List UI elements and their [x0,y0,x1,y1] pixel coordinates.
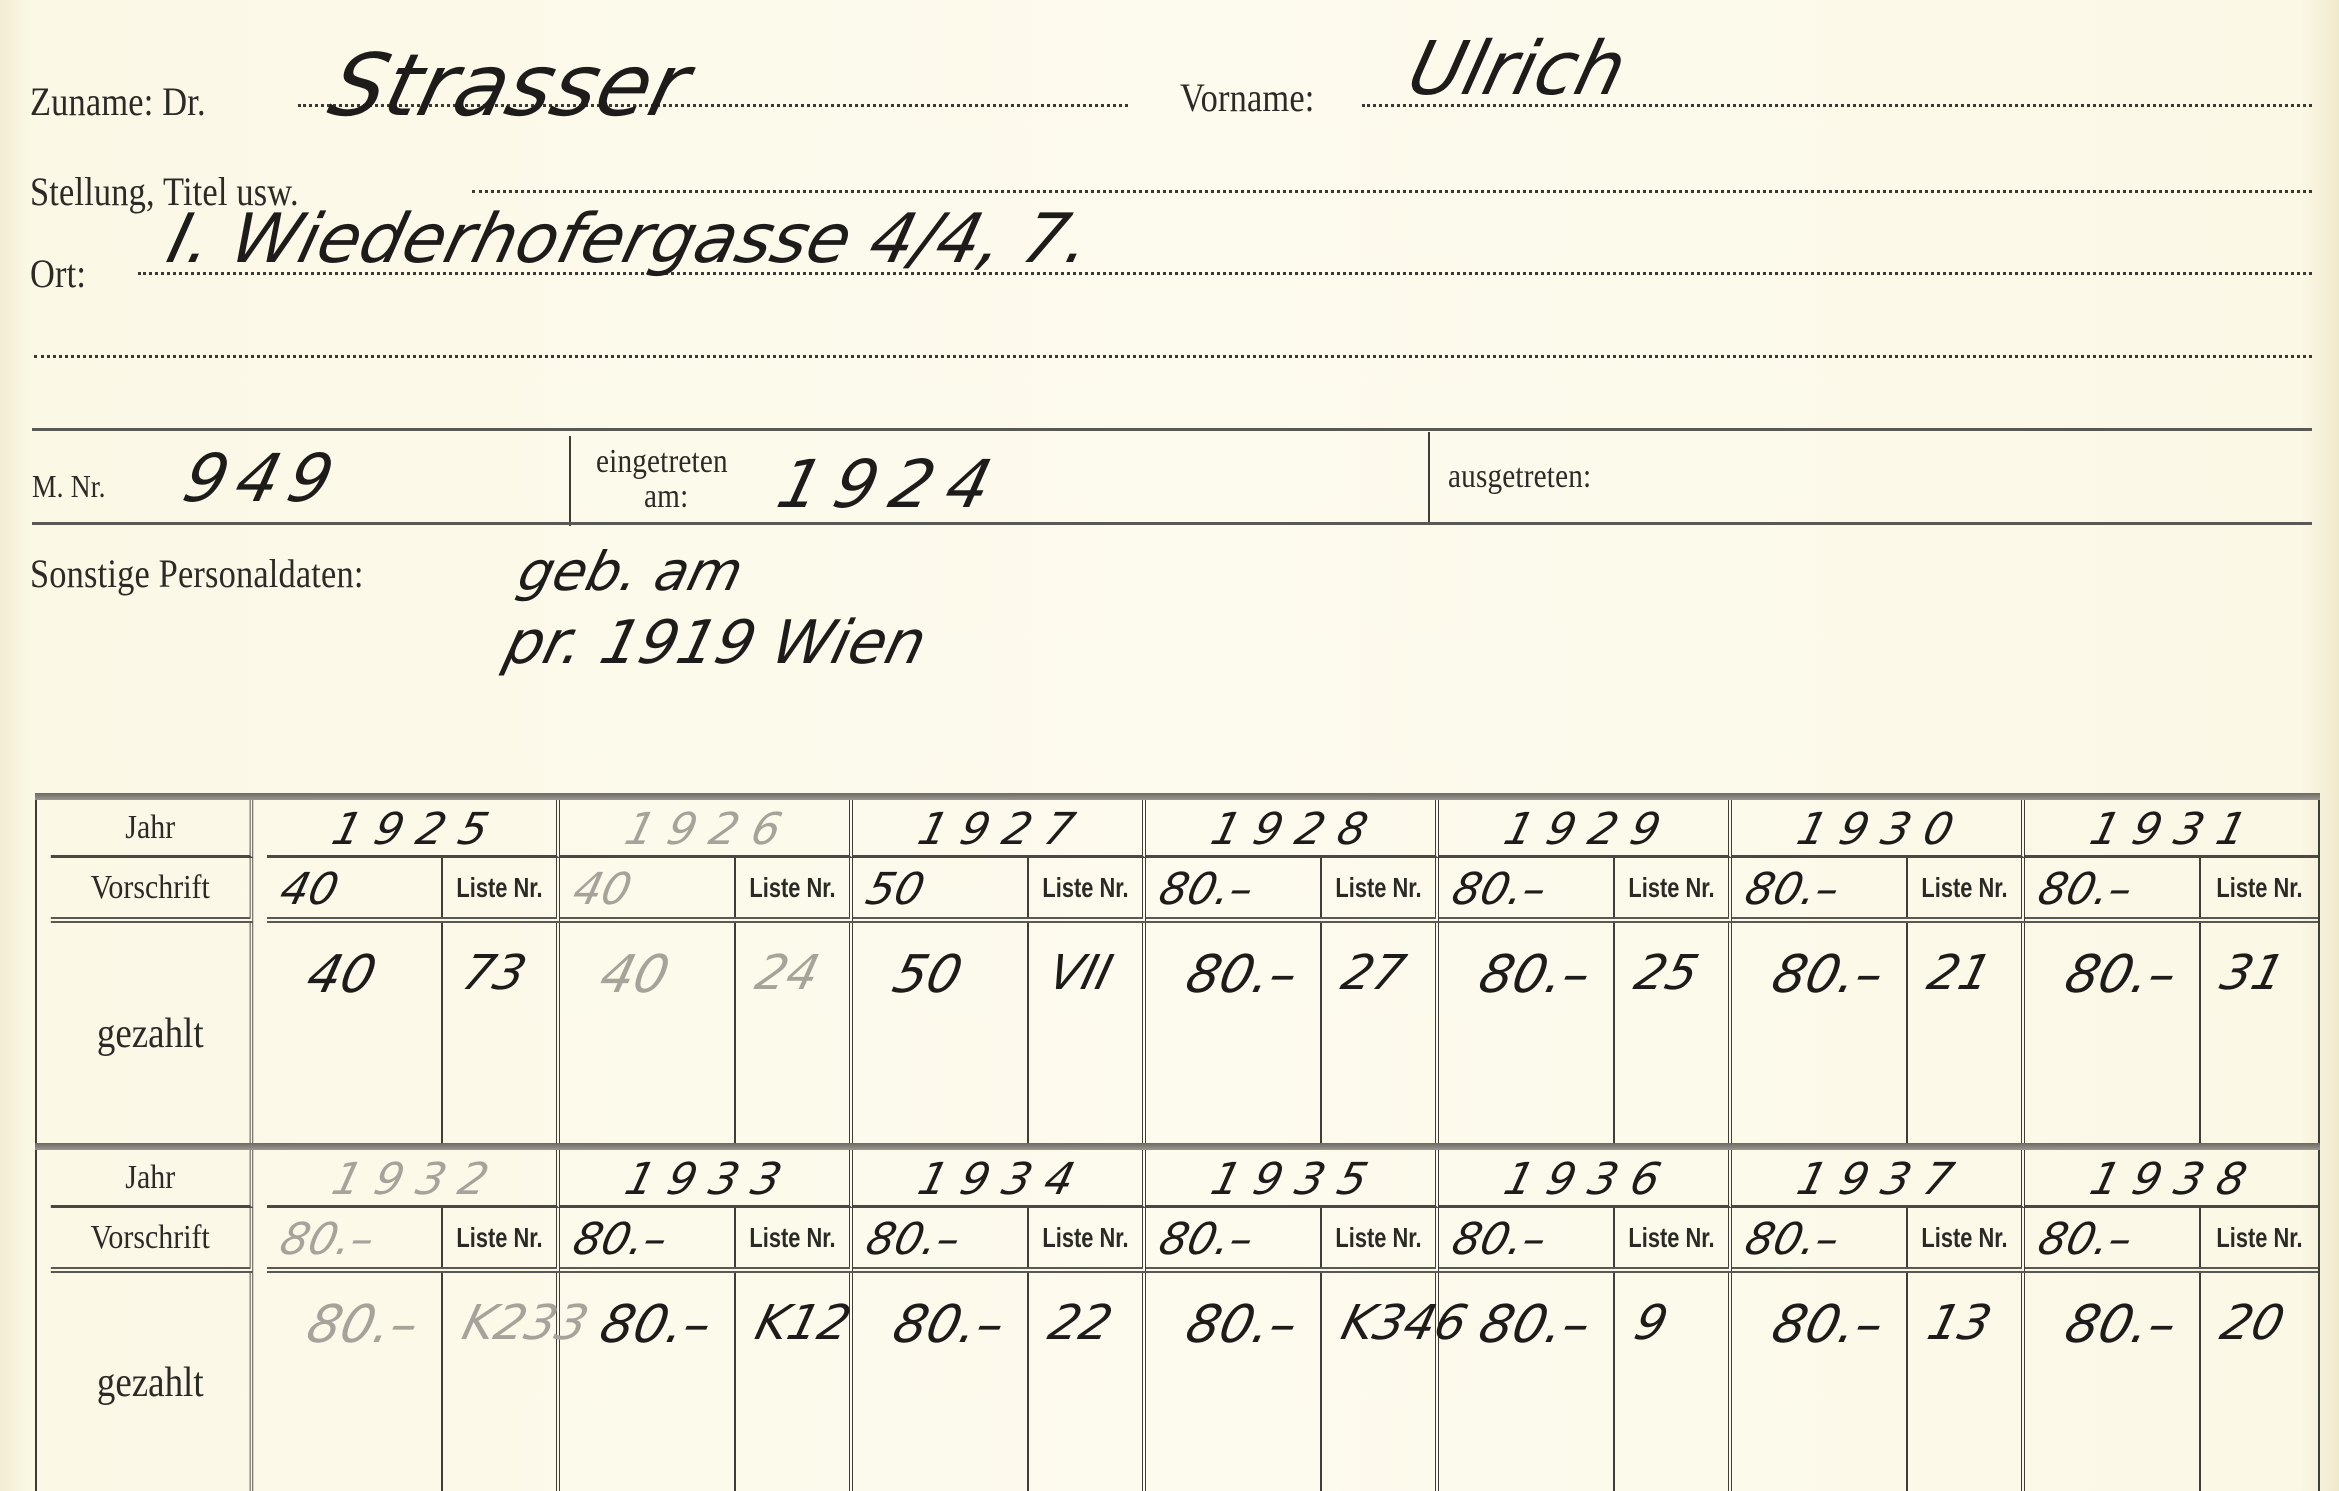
vorschrift-value: 80.– [861,1214,966,1265]
gezahlt-cell: 80.–K346 [1146,1273,1439,1491]
year-cell: 1928 [1146,800,1439,858]
gezahlt-value: 80.– [1473,945,1597,1005]
zuname-label: Zuname: Dr. [30,78,206,125]
vorschrift-cell: 40Liste Nr. [560,858,853,923]
year-value: 1930 [1792,804,1973,855]
liste-nr-value: 73 [457,945,532,1001]
sonstige-label: Sonstige Personaldaten: [30,550,364,597]
vorschrift-value: 80.– [1154,864,1259,915]
gezahlt-cell: 80.–31 [2025,923,2318,1145]
gezahlt-cell: 80.–K233 [267,1273,560,1491]
liste-nr-label: Liste Nr. [1041,858,1129,917]
vorschrift-cell: 80.–Liste Nr. [1146,858,1439,923]
eingetreten-value: 1924 [770,446,1013,523]
gezahlt-value: 80.– [887,1295,1011,1355]
divider [569,436,571,526]
liste-nr-label: Liste Nr. [1627,1208,1715,1267]
year-value: 1938 [2085,1154,2266,1205]
gezahlt-cell: 80.–21 [1732,923,2025,1145]
year-value: 1929 [1499,804,1680,855]
gezahlt-cell: 80.–K12 [560,1273,853,1491]
year-cell: 1933 [560,1150,853,1208]
year-cell: 1938 [2025,1150,2318,1208]
sonstige-line-2: pr. 1919 Wien [498,608,934,678]
year-value: 1927 [913,804,1094,855]
year-value: 1936 [1499,1154,1680,1205]
vorname-value: Ulrich [1400,26,1635,112]
year-value: 1931 [2085,804,2266,855]
gezahlt-value: 80.– [1180,1295,1304,1355]
liste-nr-value: 22 [1043,1295,1118,1351]
address-line-2 [34,355,2312,358]
gezahlt-value: 80.– [2059,1295,2183,1355]
vorname-label: Vorname: [1180,74,1314,121]
year-cell: 1926 [560,800,853,858]
liste-nr-label: Liste Nr. [455,858,543,917]
gezahlt-value: 40 [594,945,675,1005]
liste-nr-value: 25 [1629,945,1704,1001]
vorschrift-cell: 80.–Liste Nr. [2025,1208,2318,1273]
year-cell: 1929 [1439,800,1732,858]
year-cell: 1932 [267,1150,560,1208]
stellung-line [472,190,2312,193]
vorschrift-cell: 80.–Liste Nr. [1732,1208,2025,1273]
gezahlt-cell: 80.–9 [1439,1273,1732,1491]
vorschrift-value: 80.– [1447,864,1552,915]
year-value: 1932 [327,1154,508,1205]
liste-nr-label: Liste Nr. [1041,1208,1129,1267]
gezahlt-value: 40 [301,945,382,1005]
liste-nr-value: 13 [1922,1295,1997,1351]
year-cell: 1931 [2025,800,2318,858]
year-value: 1925 [327,804,508,855]
liste-nr-label: Liste Nr. [2214,1208,2305,1267]
vorschrift-cell: 80.–Liste Nr. [1439,858,1732,923]
gezahlt-label: gezahlt [51,923,253,1145]
vorschrift-value: 40 [275,864,344,915]
liste-nr-value: VII [1043,945,1118,1001]
vorschrift-cell: 80.–Liste Nr. [560,1208,853,1273]
liste-nr-label: Liste Nr. [1920,858,2008,917]
gezahlt-cell: 80.–20 [2025,1273,2318,1491]
year-value: 1926 [620,804,801,855]
year-cell: 1935 [1146,1150,1439,1208]
vorschrift-cell: 80.–Liste Nr. [853,1208,1146,1273]
gezahlt-cell: 80.–13 [1732,1273,2025,1491]
gezahlt-value: 80.– [1766,945,1890,1005]
gezahlt-cell: 80.–27 [1146,923,1439,1145]
year-value: 1928 [1206,804,1387,855]
gezahlt-value: 80.– [1766,1295,1890,1355]
vorschrift-value: 80.– [2033,864,2138,915]
vorschrift-label: Vorschrift [51,858,253,923]
vorschrift-value: 80.– [1447,1214,1552,1265]
liste-nr-value: 21 [1922,945,1997,1001]
vorschrift-cell: 80.–Liste Nr. [1146,1208,1439,1273]
liste-nr-label: Liste Nr. [1334,858,1422,917]
vorschrift-value: 80.– [2033,1214,2138,1265]
year-value: 1937 [1792,1154,1973,1205]
year-value: 1933 [620,1154,801,1205]
mnr-value: 949 [176,440,351,517]
vorschrift-value: 80.– [568,1214,673,1265]
divider [32,428,2312,431]
sonstige-line-1: geb. am [512,540,750,603]
year-cell: 1937 [1732,1150,2025,1208]
divider [1428,432,1430,524]
ausgetreten-label: ausgetreten: [1448,458,1591,496]
gezahlt-value: 80.– [2059,945,2183,1005]
gezahlt-cell: 50VII [853,923,1146,1145]
year-cell: 1934 [853,1150,1146,1208]
gezahlt-value: 50 [887,945,968,1005]
vorschrift-value: 40 [568,864,637,915]
payments-table-1932-1938: Jahr1932193319341935193619371938Vorschri… [35,1143,2320,1491]
year-cell: 1930 [1732,800,2025,858]
gezahlt-cell: 80.–25 [1439,923,1732,1145]
liste-nr-label: Liste Nr. [1334,1208,1422,1267]
liste-nr-value: 31 [2215,945,2290,1001]
vorschrift-cell: 80.–Liste Nr. [1439,1208,1732,1273]
eingetreten-label: eingetreten [596,443,728,481]
liste-nr-label: Liste Nr. [1627,858,1715,917]
liste-nr-value: 27 [1336,945,1411,1001]
vorschrift-value: 80.– [1740,1214,1845,1265]
ort-value: I. Wiederhofergasse 4/4, 7. [160,200,1099,279]
liste-nr-label: Liste Nr. [748,1208,836,1267]
gezahlt-value: 80.– [1473,1295,1597,1355]
liste-nr-value: 9 [1629,1295,1674,1351]
liste-nr-value: 20 [2215,1295,2290,1351]
membership-card: Zuname: Dr. Strasser Vorname: Ulrich Ste… [0,0,2339,1491]
vorschrift-value: 80.– [275,1214,380,1265]
vorschrift-value: 50 [861,864,930,915]
gezahlt-value: 80.– [594,1295,718,1355]
year-cell: 1927 [853,800,1146,858]
zuname-value: Strasser [320,36,699,136]
jahr-label: Jahr [51,800,253,858]
mnr-label: M. Nr. [32,468,106,505]
vorschrift-value: 80.– [1154,1214,1259,1265]
vorschrift-cell: 50Liste Nr. [853,858,1146,923]
liste-nr-value: 24 [750,945,825,1001]
liste-nr-label: Liste Nr. [455,1208,543,1267]
eingetreten-am-label: am: [644,478,688,516]
gezahlt-cell: 80.–22 [853,1273,1146,1491]
ort-label: Ort: [30,250,86,297]
gezahlt-cell: 4024 [560,923,853,1145]
vorschrift-cell: 40Liste Nr. [267,858,560,923]
liste-nr-label: Liste Nr. [2214,858,2305,917]
year-value: 1935 [1206,1154,1387,1205]
gezahlt-value: 80.– [301,1295,425,1355]
vorschrift-cell: 80.–Liste Nr. [267,1208,560,1273]
year-cell: 1925 [267,800,560,858]
year-value: 1934 [913,1154,1094,1205]
vorschrift-value: 80.– [1740,864,1845,915]
vorschrift-cell: 80.–Liste Nr. [1732,858,2025,923]
vorschrift-cell: 80.–Liste Nr. [2025,858,2318,923]
jahr-label: Jahr [51,1150,253,1208]
vorschrift-label: Vorschrift [51,1208,253,1273]
year-cell: 1936 [1439,1150,1732,1208]
gezahlt-value: 80.– [1180,945,1304,1005]
gezahlt-label: gezahlt [51,1273,253,1491]
liste-nr-value: K12 [750,1295,857,1351]
payments-table-1925-1931: Jahr1925192619271928192919301931Vorschri… [35,793,2320,1145]
divider [32,522,2312,525]
gezahlt-cell: 4073 [267,923,560,1145]
liste-nr-label: Liste Nr. [748,858,836,917]
liste-nr-label: Liste Nr. [1920,1208,2008,1267]
